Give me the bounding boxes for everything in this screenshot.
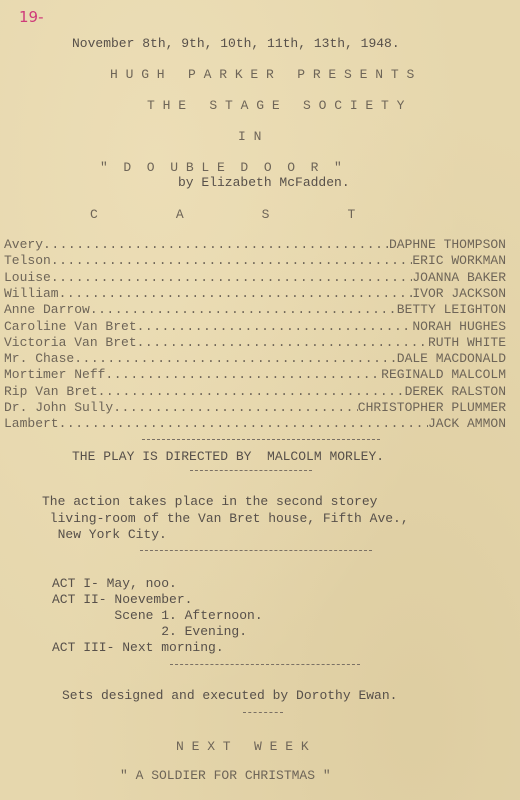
leader-dots	[113, 400, 358, 416]
in-line: I N	[238, 129, 261, 145]
cast-role: Dr. John Sully	[4, 400, 113, 416]
divider-rule	[170, 664, 360, 665]
act-line-1: ACT I- May, noo.	[52, 576, 177, 592]
cast-row: Dr. John SullyCHRISTOPHER PLUMMER	[4, 400, 506, 416]
cast-row: LambertJACK AMMON	[4, 416, 506, 432]
cast-actor: NORAH HUGHES	[412, 319, 506, 335]
play-title: " D O U B L E D O O R "	[100, 160, 342, 176]
act-line-3: Scene 1. Afternoon.	[52, 608, 263, 624]
company-line: T H E S T A G E S O C I E T Y	[147, 98, 404, 114]
cast-role: Rip Van Bret	[4, 384, 98, 400]
playbill-page: 19- November 8th, 9th, 10th, 11th, 13th,…	[0, 0, 520, 800]
performance-dates: November 8th, 9th, 10th, 11th, 13th, 194…	[72, 36, 400, 52]
sets-credit: Sets designed and executed by Dorothy Ew…	[62, 688, 397, 704]
cast-actor: RUTH WHITE	[428, 335, 506, 351]
setting-line-3: New York City.	[42, 527, 167, 543]
cast-row: Mortimer NeffREGINALD MALCOLM	[4, 367, 506, 383]
leader-dots	[105, 367, 381, 383]
cast-role: Lambert	[4, 416, 59, 432]
cast-actor: DAPHNE THOMPSON	[389, 237, 506, 253]
act-line-5: ACT III- Next morning.	[52, 640, 224, 656]
act-line-2: ACT II- Noevember.	[52, 592, 192, 608]
presenter-line: H U G H P A R K E R P R E S E N T S	[110, 67, 414, 83]
cast-row: Anne DarrowBETTY LEIGHTON	[4, 302, 506, 318]
next-week-title: " A SOLDIER FOR CHRISTMAS "	[120, 768, 331, 784]
divider-rule	[142, 439, 380, 440]
cast-actor: ERIC WORKMAN	[412, 253, 506, 269]
cast-heading: C A S T	[90, 207, 355, 223]
cast-actor: DEREK RALSTON	[405, 384, 506, 400]
author-line: by Elizabeth McFadden.	[178, 175, 350, 191]
cast-row: LouiseJOANNA BAKER	[4, 270, 506, 286]
cast-role: Caroline Van Bret	[4, 319, 137, 335]
cast-row: AveryDAPHNE THOMPSON	[4, 237, 506, 253]
leader-dots	[51, 270, 413, 286]
leader-dots	[59, 286, 413, 302]
leader-dots	[51, 253, 413, 269]
setting-line-1: The action takes place in the second sto…	[42, 494, 377, 510]
cast-row: WilliamIVOR JACKSON	[4, 286, 506, 302]
cast-actor: BETTY LEIGHTON	[397, 302, 506, 318]
cast-row: Victoria Van BretRUTH WHITE	[4, 335, 506, 351]
cast-role: Anne Darrow	[4, 302, 90, 318]
divider-rule	[140, 550, 372, 551]
leader-dots	[43, 237, 389, 253]
leader-dots	[59, 416, 428, 432]
cast-role: Victoria Van Bret	[4, 335, 137, 351]
divider-rule	[190, 470, 312, 471]
setting-line-2: living-room of the Van Bret house, Fifth…	[42, 511, 409, 527]
leader-dots	[98, 384, 405, 400]
leader-dots	[137, 335, 428, 351]
page-number-annotation: 19-	[19, 8, 44, 26]
cast-row: Caroline Van BretNORAH HUGHES	[4, 319, 506, 335]
leader-dots	[137, 319, 413, 335]
cast-row: Rip Van BretDEREK RALSTON	[4, 384, 506, 400]
cast-role: Avery	[4, 237, 43, 253]
cast-actor: IVOR JACKSON	[412, 286, 506, 302]
leader-dots	[90, 302, 397, 318]
cast-actor: DALE MACDONALD	[397, 351, 506, 367]
cast-role: Louise	[4, 270, 51, 286]
cast-role: William	[4, 286, 59, 302]
act-line-4: 2. Evening.	[52, 624, 247, 640]
cast-row: Mr. ChaseDALE MACDONALD	[4, 351, 506, 367]
cast-role: Telson	[4, 253, 51, 269]
cast-actor: JOANNA BAKER	[412, 270, 506, 286]
cast-role: Mr. Chase	[4, 351, 74, 367]
leader-dots	[74, 351, 397, 367]
next-week-heading: N E X T W E E K	[176, 739, 309, 755]
cast-actor: REGINALD MALCOLM	[381, 367, 506, 383]
divider-rule	[243, 712, 283, 713]
cast-actor: JACK AMMON	[428, 416, 506, 432]
cast-actor: CHRISTOPHER PLUMMER	[358, 400, 506, 416]
director-line: THE PLAY IS DIRECTED BY MALCOLM MORLEY.	[72, 449, 384, 465]
cast-role: Mortimer Neff	[4, 367, 105, 383]
cast-row: TelsonERIC WORKMAN	[4, 253, 506, 269]
